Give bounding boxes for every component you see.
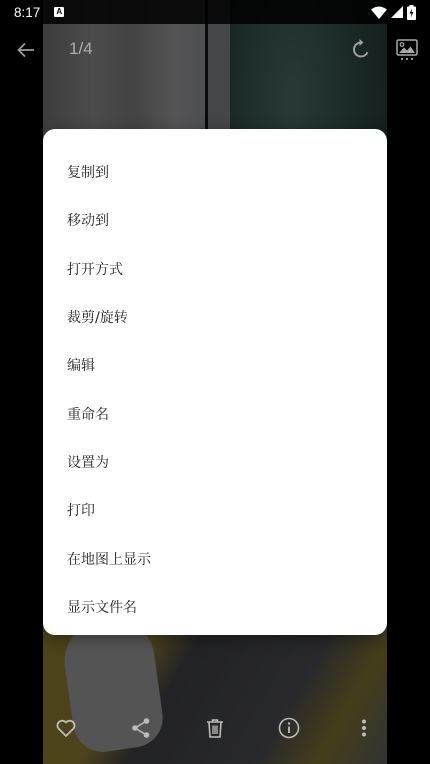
menu-item-print[interactable]: 打印 (43, 486, 387, 534)
a-notification-icon: A (54, 7, 64, 17)
menu-item-show-on-map[interactable]: 在地图上显示 (43, 534, 387, 582)
menu-item-label: 设置为 (67, 452, 109, 472)
menu-item-rename[interactable]: 重命名 (43, 389, 387, 437)
menu-item-edit[interactable]: 编辑 (43, 341, 387, 389)
menu-item-open-with[interactable]: 打开方式 (43, 245, 387, 293)
menu-item-crop-rotate[interactable]: 裁剪/旋转 (43, 293, 387, 341)
rotate-icon[interactable] (350, 38, 372, 60)
menu-item-show-filename[interactable]: 显示文件名 (43, 583, 387, 631)
menu-item-label: 复制到 (67, 162, 109, 182)
status-time: 8:17 (14, 5, 40, 20)
wifi-icon (371, 6, 387, 19)
info-icon[interactable] (278, 717, 300, 739)
menu-item-label: 重命名 (67, 404, 109, 424)
menu-item-label: 在地图上显示 (67, 549, 151, 569)
cellular-signal-icon (391, 6, 403, 18)
menu-item-set-as[interactable]: 设置为 (43, 438, 387, 486)
heart-icon[interactable] (55, 717, 77, 739)
image-counter: 1/4 (69, 39, 93, 59)
overflow-menu: 复制到 移动到 打开方式 裁剪/旋转 编辑 重命名 设置为 打印 在地图上显示 … (43, 129, 387, 635)
menu-item-label: 打开方式 (67, 259, 123, 279)
status-bar: 8:17 A (0, 0, 430, 24)
share-icon[interactable] (130, 717, 152, 739)
image-gallery-icon[interactable] (396, 38, 418, 62)
status-icons (371, 5, 416, 20)
top-toolbar: 1/4 (0, 24, 430, 76)
more-vertical-icon[interactable] (353, 717, 375, 739)
menu-item-label: 移动到 (67, 210, 109, 230)
arrow-left-icon[interactable] (14, 38, 38, 62)
menu-item-copy-to[interactable]: 复制到 (43, 148, 387, 196)
battery-charging-icon (407, 5, 416, 20)
menu-item-label: 显示文件名 (67, 597, 137, 617)
menu-item-label: 编辑 (67, 355, 95, 375)
trash-icon[interactable] (204, 717, 226, 739)
bottom-action-bar (43, 706, 387, 750)
menu-item-label: 裁剪/旋转 (67, 307, 128, 327)
menu-item-label: 打印 (67, 500, 95, 520)
menu-item-move-to[interactable]: 移动到 (43, 196, 387, 244)
